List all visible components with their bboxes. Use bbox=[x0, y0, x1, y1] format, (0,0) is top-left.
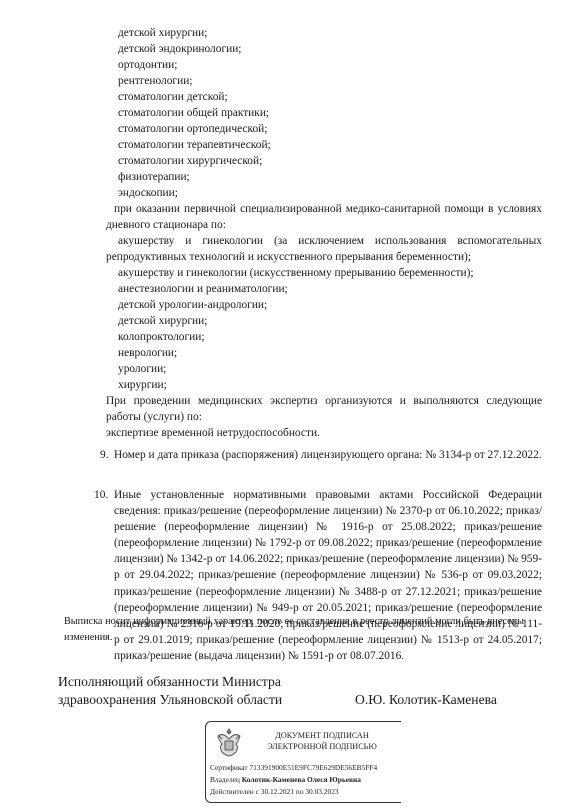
coat-of-arms-icon bbox=[214, 726, 244, 760]
list-item: стоматологии хирургической; bbox=[118, 153, 262, 169]
list-item: детской урологии-андрологии; bbox=[118, 297, 267, 313]
list-item: детской хирургии; bbox=[118, 313, 207, 329]
owner-row: Владелец Колотик-Каменева Олеся Юрьевна bbox=[210, 775, 361, 785]
list-item: экспертизе временной нетрудоспособности. bbox=[106, 425, 320, 441]
owner-label: Владелец bbox=[210, 775, 240, 784]
stamp-title-line: ДОКУМЕНТ ПОДПИСАН bbox=[252, 730, 392, 741]
list-item: рентгенологии; bbox=[118, 73, 192, 89]
list-item: детской хирургии; bbox=[118, 25, 207, 41]
list-item: стоматологии общей практики; bbox=[118, 105, 269, 121]
validity-row: Действителен с 30.12.2021 по 30.03.2023 bbox=[210, 787, 339, 797]
list-item: стоматологии терапевтической; bbox=[118, 137, 271, 153]
list-item: урологии; bbox=[118, 361, 166, 377]
list-item: стоматологии ортопедической; bbox=[118, 121, 267, 137]
certificate-value: 713391900E51E9FC79E629DE56EB5FF4 bbox=[249, 763, 377, 772]
list-item: хирургии; bbox=[118, 377, 167, 393]
electronic-signature-stamp: ДОКУМЕНТ ПОДПИСАН ЭЛЕКТРОННОЙ ПОДПИСЬЮ С… bbox=[205, 721, 401, 803]
informational-note: Выписка носит информационный характер, п… bbox=[64, 614, 524, 646]
document-page: детской хирургии; детской эндокринологии… bbox=[0, 0, 569, 808]
section-number: 10. bbox=[94, 487, 108, 503]
list-item: колопроктологии; bbox=[118, 329, 205, 345]
certificate-label: Сертификат bbox=[210, 763, 248, 772]
stamp-title-line: ЭЛЕКТРОННОЙ ПОДПИСЬЮ bbox=[252, 741, 392, 752]
signatory-name: О.Ю. Колотик-Каменева bbox=[355, 691, 497, 709]
signatory-position: Исполняющий обязанности Министра bbox=[58, 673, 281, 691]
list-item: ортодонтии; bbox=[118, 57, 177, 73]
validity-label: Действителен bbox=[210, 787, 254, 796]
list-item: детской эндокринологии; bbox=[118, 41, 241, 57]
list-item: акушерству и гинекологии (за исключением… bbox=[106, 233, 542, 265]
list-item: эндоскопии; bbox=[118, 185, 178, 201]
list-item: стоматологии детской; bbox=[118, 89, 228, 105]
section-text: Номер и дата приказа (распоряжения) лице… bbox=[114, 447, 542, 463]
signatory-position: здравоохранения Ульяновской области bbox=[58, 691, 282, 709]
list-item: физиотерапии; bbox=[118, 169, 190, 185]
owner-value: Колотик-Каменева Олеся Юрьевна bbox=[242, 775, 361, 784]
day-hospital-intro: при оказании первичной специализированно… bbox=[106, 201, 542, 233]
stamp-title: ДОКУМЕНТ ПОДПИСАН ЭЛЕКТРОННОЙ ПОДПИСЬЮ bbox=[252, 730, 392, 752]
list-item: неврологии; bbox=[118, 345, 177, 361]
expertise-intro: При проведении медицинских экспертиз орг… bbox=[106, 393, 542, 425]
list-item: анестезиологии и реаниматологии; bbox=[118, 281, 288, 297]
section-number: 9. bbox=[100, 447, 109, 463]
certificate-row: Сертификат 713391900E51E9FC79E629DE56EB5… bbox=[210, 763, 377, 773]
validity-value: с 30.12.2021 по 30.03.2023 bbox=[256, 787, 339, 796]
list-item: акушерству и гинекологии (искусственному… bbox=[118, 265, 474, 281]
